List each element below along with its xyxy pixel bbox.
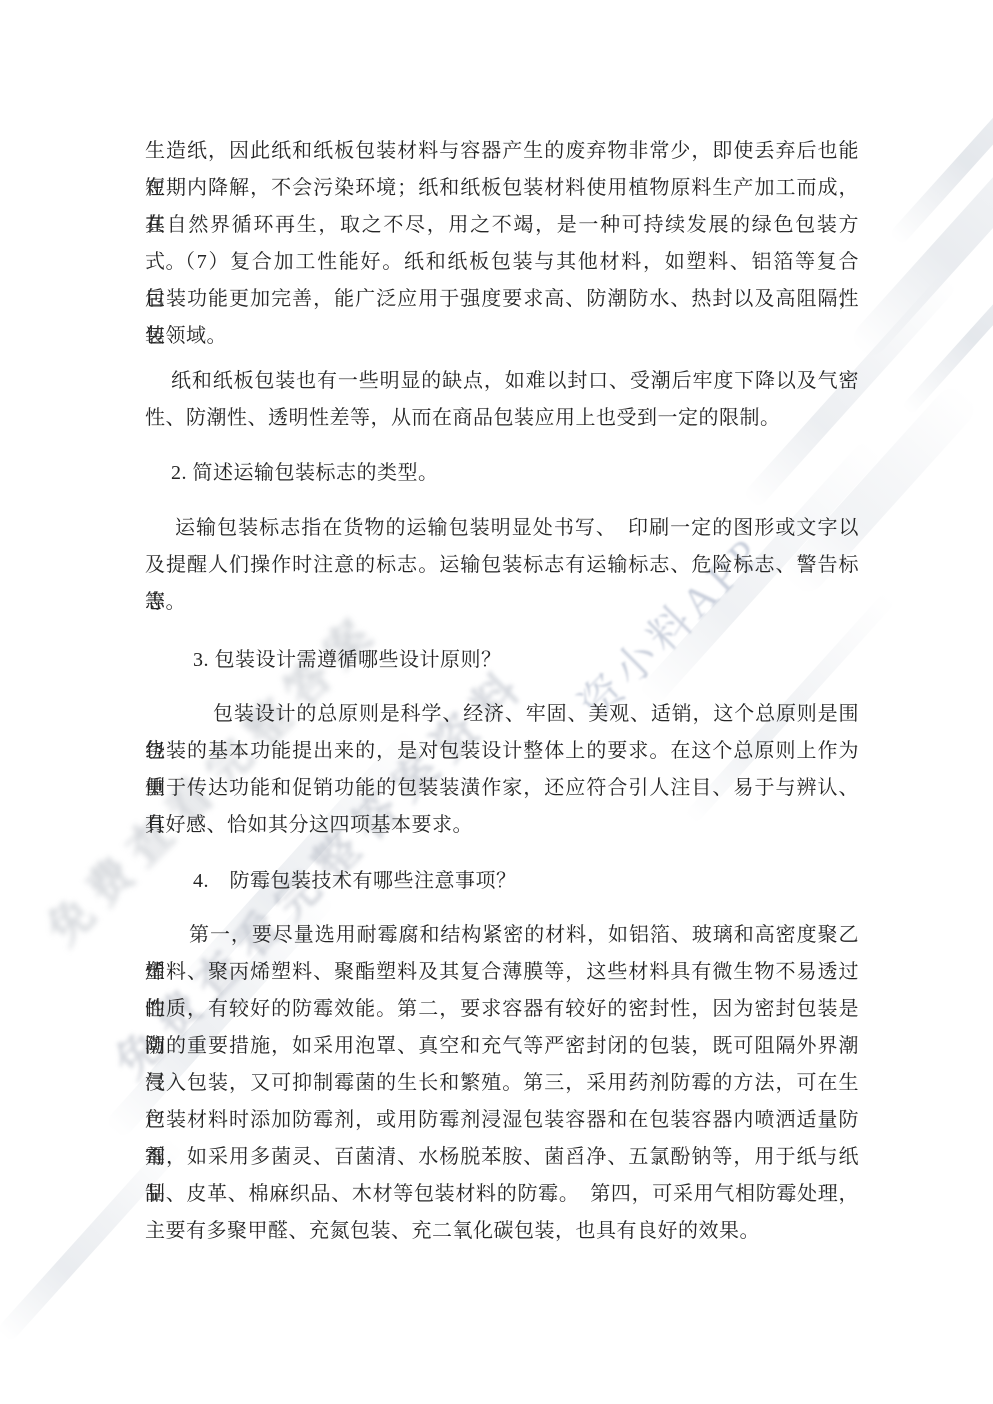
text-line: 2. 简述运输包装标志的类型。 (145, 455, 859, 492)
document-content: 生造纸，因此纸和纸板包装材料与容器产生的废弃物非常少，即使丢弃后也能在短期内降解… (145, 133, 859, 1250)
para-paper-drawbacks: 纸和纸板包装也有一些明显的缺点，如难以封口、受潮后牢度下降以及气密性、防潮性、透… (145, 363, 859, 437)
document-page: 免费查看完整答案免费查看完整答案资料资小料APP 生造纸，因此纸和纸板包装材料与… (0, 0, 993, 1404)
para-paper-advantages-continued: 生造纸，因此纸和纸板包装材料与容器产生的废弃物非常少，即使丢弃后也能在短期内降解… (145, 133, 859, 244)
brush-streak (888, 12, 993, 247)
text-line: 品、皮革、棉麻织品、木材等包装材料的防霉。 第四，可采用气相防霉处理， (145, 1176, 859, 1213)
text-line: 包装设计的总原则是科学、经济、牢固、美观、适销，这个总原则是围绕 (145, 696, 859, 733)
text-line: 在自然界循环再生，取之不尽，用之不竭，是一种可持续发展的绿色包装方式。 (145, 207, 859, 244)
heading-question-4: 4. 防霉包装技术有哪些注意事项？ (145, 863, 859, 900)
text-line: 包装功能更加完善，能广泛应用于强度要求高、防潮防水、热封以及高阻隔性包 (145, 281, 859, 318)
para-question-3-answer: 包装设计的总原则是科学、经济、牢固、美观、适销，这个总原则是围绕包装的基本功能提… (145, 696, 859, 844)
text-line: 4. 防霉包装技术有哪些注意事项？ (145, 863, 859, 900)
text-line: （7）复合加工性能好。纸和纸板包装与其他材料，如塑料、铝箔等复合后， (145, 244, 859, 281)
para-question-2-answer: 运输包装标志指在货物的运输包装明显处书写、 印刷一定的图形或文字以及提醒人们操作… (145, 510, 859, 621)
brush-streak (901, 198, 993, 415)
text-line: 性、防潮性、透明性差等，从而在商品包装应用上也受到一定的限制。 (145, 400, 859, 437)
text-line: 3. 包装设计需遵循哪些设计原则？ (145, 642, 859, 679)
text-line: 潮的重要措施，如采用泡罩、真空和充气等严密封闭的包装，既可阻隔外界潮气 (145, 1028, 859, 1065)
text-line: 主要有多聚甲醛、充氮包装、充二氧化碳包装，也具有良好的效果。 (145, 1213, 859, 1250)
text-line: 包装材料时添加防霉剂，或用防霉剂浸湿包装容器和在包装容器内喷洒适量防霉 (145, 1102, 859, 1139)
brush-streak (847, 72, 993, 362)
text-line: 等。 (145, 584, 859, 621)
text-line: 第一，要尽量选用耐霉腐和结构紧密的材料，如铝箔、玻璃和高密度聚乙烯 (145, 917, 859, 954)
para-advantage-7-composite: （7）复合加工性能好。纸和纸板包装与其他材料，如塑料、铝箔等复合后，包装功能更加… (145, 244, 859, 355)
text-line: 塑料、聚丙烯塑料、聚酯塑料及其复合薄膜等，这些材料具有微生物不易透过的 (145, 954, 859, 991)
text-line: 短期内降解，不会污染环境；纸和纸板包装材料使用植物原料生产加工而成，其 (145, 170, 859, 207)
text-line: 包装的基本功能提出来的，是对包装设计整体上的要求。在这个总原则上作为侧 (145, 733, 859, 770)
text-line: 纸和纸板包装也有一些明显的缺点，如难以封口、受潮后牢度下降以及气密 (145, 363, 859, 400)
text-line: 运输包装标志指在货物的运输包装明显处书写、 印刷一定的图形或文字以 (145, 510, 859, 547)
text-line: 剂，如采用多菌灵、百菌清、水杨脱苯胺、菌舀净、五氯酚钠等，用于纸与纸制 (145, 1139, 859, 1176)
text-line: 生造纸，因此纸和纸板包装材料与容器产生的废弃物非常少，即使丢弃后也能在 (145, 133, 859, 170)
text-line: 重于传达功能和促销功能的包装装潢作家，还应符合引人注目、易于与辨认、具 (145, 770, 859, 807)
text-line: 浸入包装，又可抑制霉菌的生长和繁殖。第三，采用药剂防霉的方法，可在生产 (145, 1065, 859, 1102)
heading-question-3: 3. 包装设计需遵循哪些设计原则？ (145, 642, 859, 679)
heading-question-2: 2. 简述运输包装标志的类型。 (145, 455, 859, 492)
para-question-4-answer: 第一，要尽量选用耐霉腐和结构紧密的材料，如铝箔、玻璃和高密度聚乙烯塑料、聚丙烯塑… (145, 917, 859, 1250)
text-line: 有好感、恰如其分这四项基本要求。 (145, 807, 859, 844)
text-line: 性质，有较好的防霉效能。第二，要求容器有较好的密封性，因为密封包装是防 (145, 991, 859, 1028)
text-line: 装领域。 (145, 318, 859, 355)
text-line: 及提醒人们操作时注意的标志。运输包装标志有运输标志、危险标志、警告标志 (145, 547, 859, 584)
